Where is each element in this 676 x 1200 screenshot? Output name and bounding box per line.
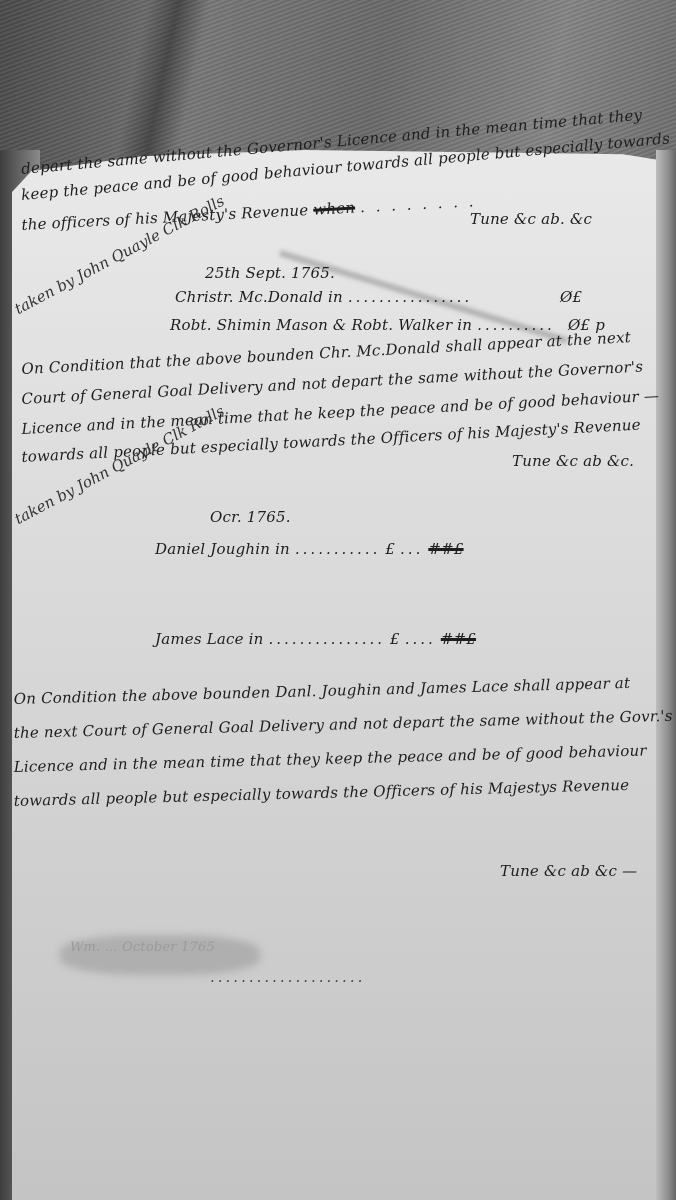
entry-2-party-2: James Lace in ............... £ .... ##£ xyxy=(155,630,476,648)
party-name: James Lace in xyxy=(155,630,264,648)
entry-2-date: Ocr. 1765. xyxy=(210,508,291,526)
entry-1-party-1-mark: Ø£ xyxy=(560,288,582,306)
struck-mark: ##£ xyxy=(428,540,463,558)
faded-entry-dots: .................... xyxy=(210,968,365,986)
leader-dots: .......... xyxy=(477,316,555,334)
party-name: Christr. Mc.Donald in xyxy=(175,288,343,306)
leader-dots: ............... xyxy=(269,630,386,648)
party-name: Robt. Shimin Mason & Robt. Walker in xyxy=(170,316,472,334)
entry-1-closing: Tune &c ab &c. xyxy=(512,452,634,470)
leader-dots: ................ xyxy=(348,288,472,306)
party-name: Daniel Joughin in xyxy=(155,540,290,558)
leader-dots: ... xyxy=(400,540,423,558)
faded-entry: Wm. ... October 1765 xyxy=(70,940,215,955)
entry-1-party-2: Robt. Shimin Mason & Robt. Walker in ...… xyxy=(170,316,555,334)
leader-dots: .... xyxy=(405,630,436,648)
struck-word: when xyxy=(313,199,356,219)
party-mark: £ xyxy=(390,630,400,648)
entry-1-date: 25th Sept. 1765. xyxy=(205,264,335,282)
party-mark: £ xyxy=(385,540,395,558)
entry-2-closing: Tune &c ab &c — xyxy=(500,862,637,880)
page-stack-edge xyxy=(656,150,676,1200)
entry-2-party-1: Daniel Joughin in ........... £ ... ##£ xyxy=(155,540,464,558)
leader-dots: ........... xyxy=(295,540,380,558)
struck-mark: ##£ xyxy=(441,630,476,648)
entry-1-party-1: Christr. Mc.Donald in ................ xyxy=(175,288,472,306)
top-closing: Tune &c ab. &c xyxy=(470,210,592,228)
